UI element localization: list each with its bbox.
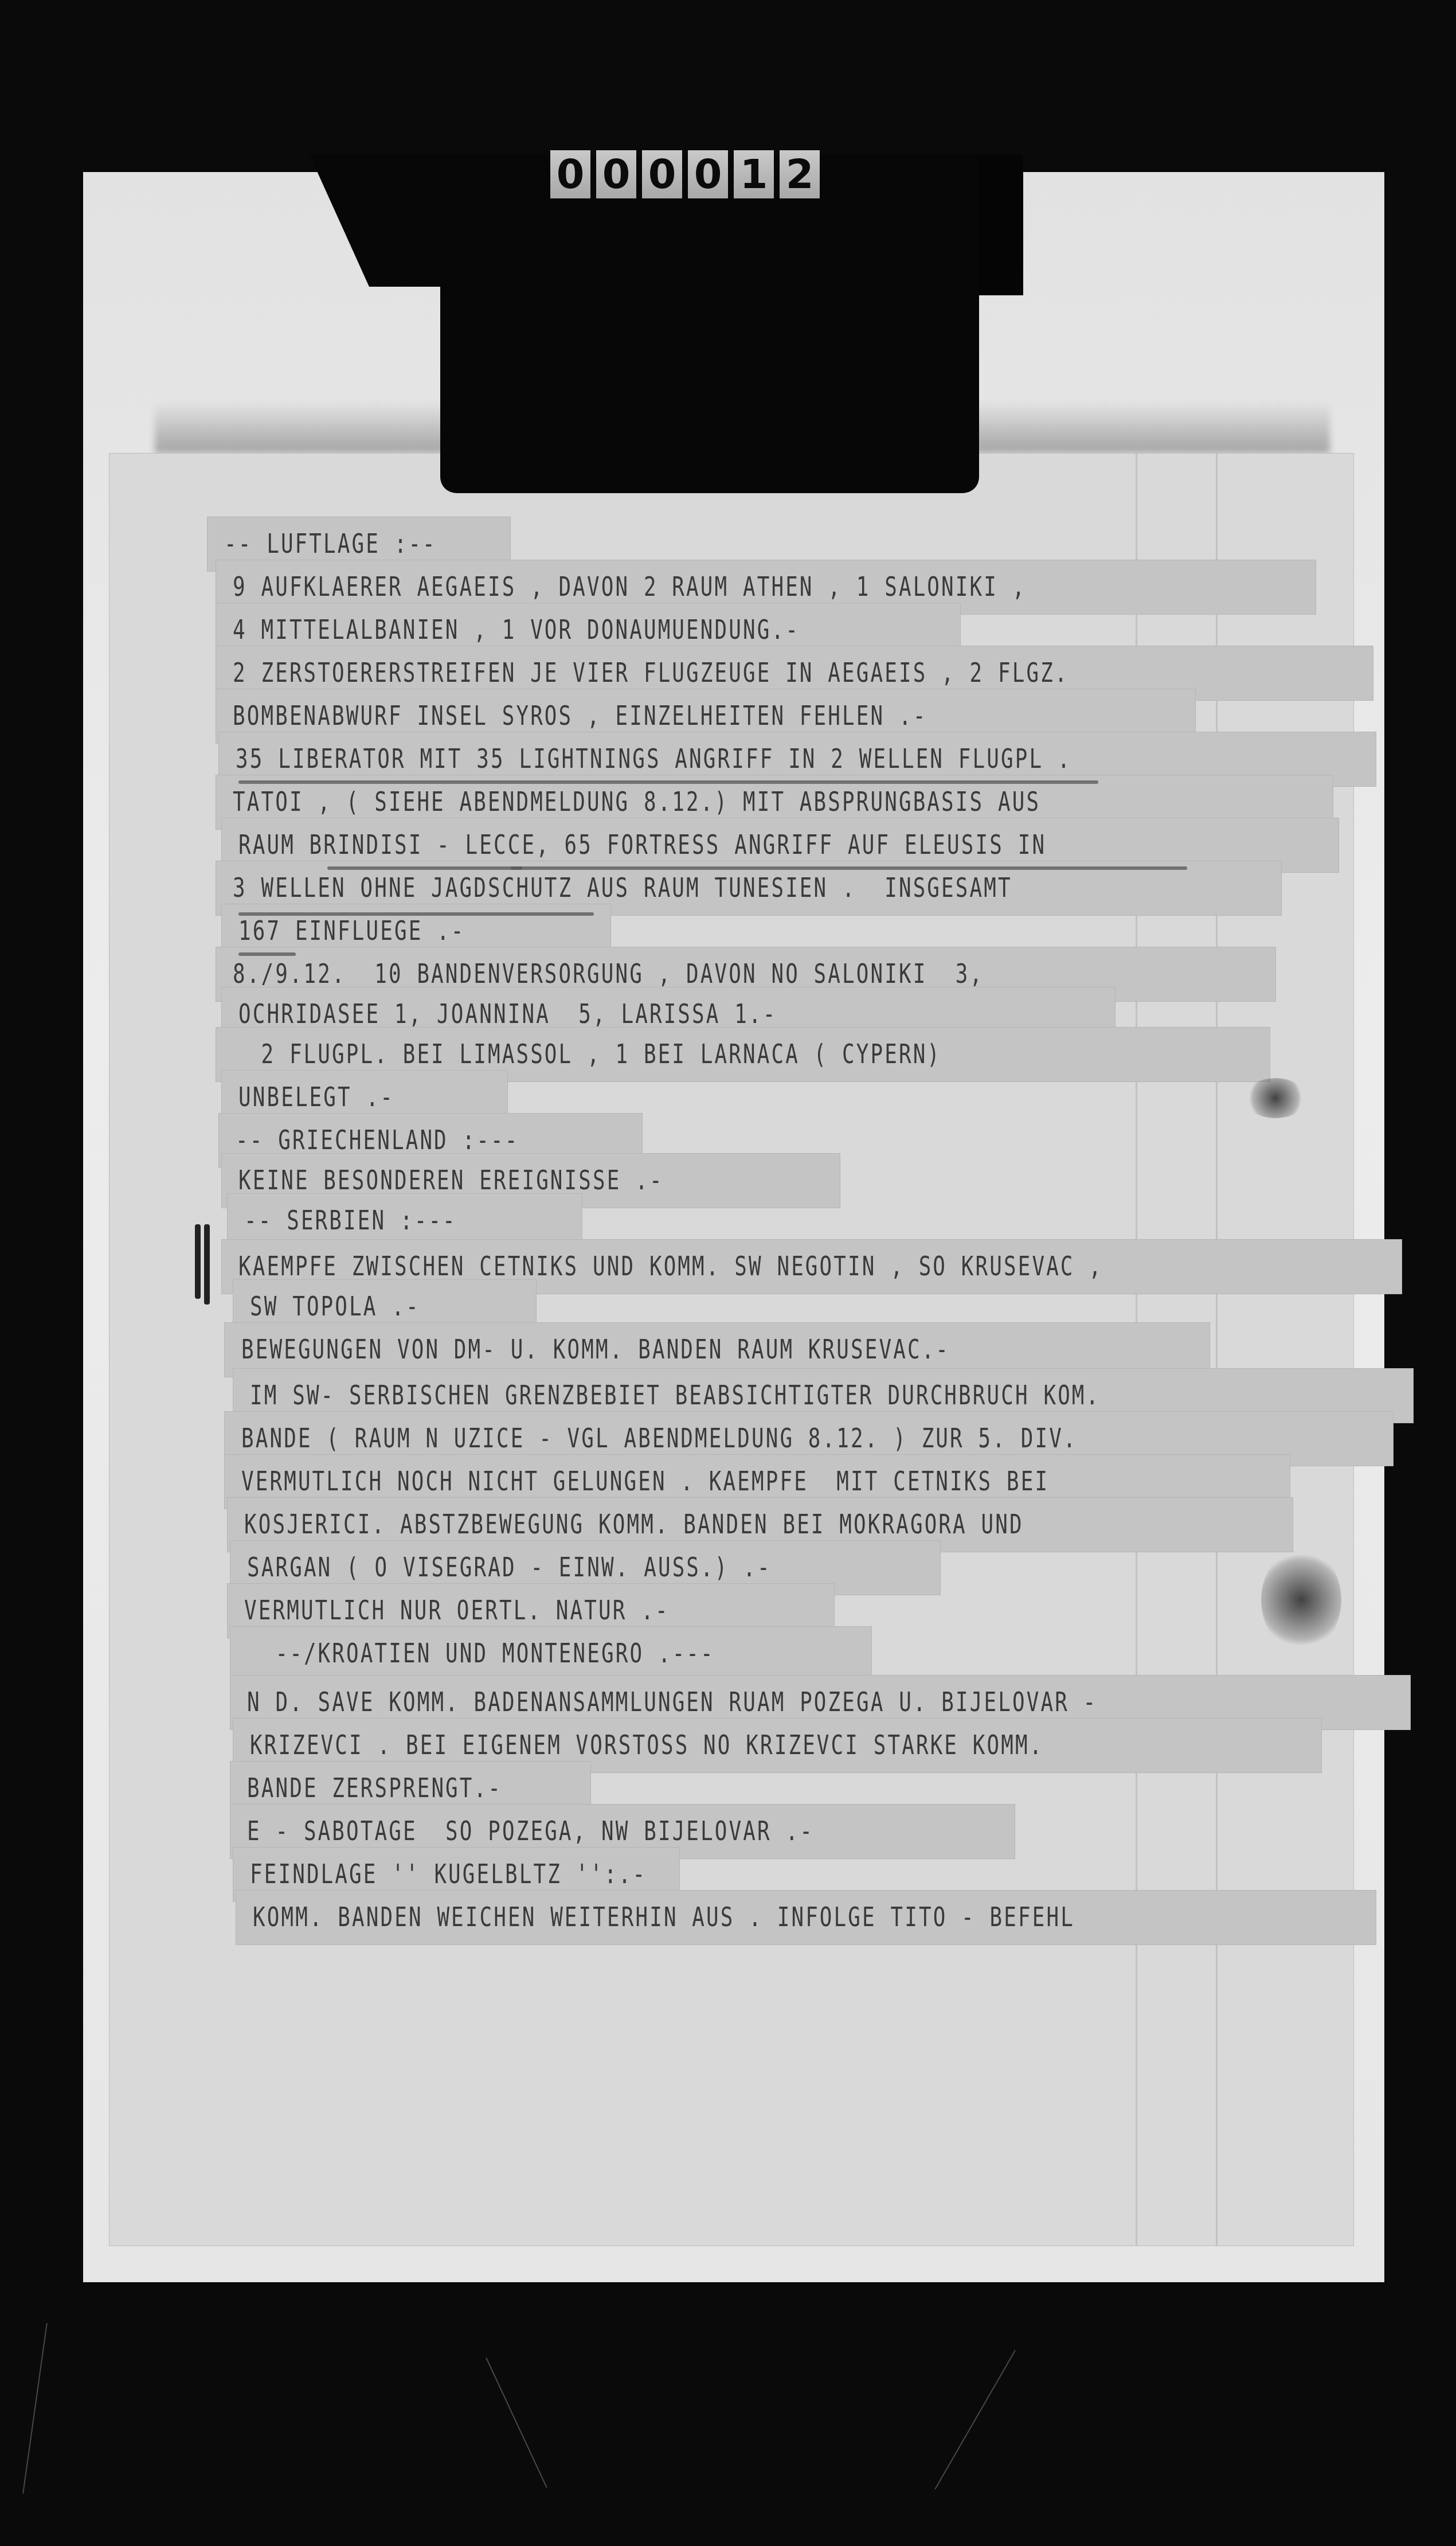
typed-line: SARGAN ( O VISEGRAD - EINW. AUSS.) .-	[247, 1552, 772, 1583]
margin-mark	[204, 1224, 210, 1305]
margin-mark	[195, 1224, 201, 1299]
typed-line: IM SW- SERBISCHEN GRENZBEBIET BEABSICHTI…	[250, 1380, 1100, 1411]
film-scratch	[486, 2357, 547, 2488]
typed-line: VERMUTLICH NUR OERTL. NATUR .-	[244, 1595, 670, 1626]
frame-counter: 000012	[550, 150, 820, 198]
typed-line: KEINE BESONDEREN EREIGNISSE .-	[238, 1165, 664, 1196]
counter-digit: 1	[734, 150, 774, 198]
counter-digit: 0	[642, 150, 682, 198]
counter-digit: 0	[688, 150, 728, 198]
typed-line: RAUM BRINDISI - LECCE, 65 FORTRESS ANGRI…	[238, 829, 1046, 860]
typed-line: KAEMPFE ZWISCHEN CETNIKS UND KOMM. SW NE…	[238, 1251, 1103, 1282]
film-scratch	[934, 2350, 1016, 2489]
clipboard-clip	[440, 155, 979, 493]
typed-line: --/KROATIEN UND MONTENEGRO .---	[247, 1638, 715, 1669]
clipboard-clip-tab	[977, 155, 1023, 295]
pencil-underline	[238, 780, 1098, 784]
typed-line: 2 ZERSTOERERSTREIFEN JE VIER FLUGZEUGE I…	[233, 657, 1069, 688]
typed-line: -- SERBIEN :---	[244, 1205, 457, 1236]
pencil-underline	[238, 912, 594, 916]
typed-line: FEINDLAGE '' KUGELBLTZ '':.-	[250, 1858, 647, 1889]
typed-line: 9 AUFKLAERER AEGAEIS , DAVON 2 RAUM ATHE…	[233, 571, 1026, 602]
typed-line: OCHRIDASEE 1, JOANNINA 5, LARISSA 1.-	[238, 998, 777, 1029]
typed-line: BANDE ( RAUM N UZICE - VGL ABENDMELDUNG …	[241, 1423, 1078, 1454]
typed-line: BOMBENABWURF INSEL SYROS , EINZELHEITEN …	[233, 700, 927, 731]
typed-line: BEWEGUNGEN VON DM- U. KOMM. BANDEN RAUM …	[241, 1334, 950, 1365]
counter-digit: 0	[550, 150, 590, 198]
film-scratch	[22, 2323, 48, 2493]
typed-line: 167 EINFLUEGE .-	[238, 915, 465, 946]
typed-line: 35 LIBERATOR MIT 35 LIGHTNINGS ANGRIFF I…	[236, 743, 1072, 774]
typed-line: KRIZEVCI . BEI EIGENEM VORSTOSS NO KRIZE…	[250, 1729, 1043, 1760]
telegram-page: -- LUFTLAGE :--9 AUFKLAERER AEGAEIS , DA…	[109, 453, 1354, 2246]
typed-line: TATOI , ( SIEHE ABENDMELDUNG 8.12.) MIT …	[233, 786, 1040, 817]
ink-stain	[1244, 1078, 1307, 1118]
typed-line: UNBELEGT .-	[238, 1081, 394, 1112]
pencil-underline	[327, 866, 522, 870]
typed-line: 8./9.12. 10 BANDENVERSORGUNG , DAVON NO …	[233, 958, 984, 989]
typed-line: SW TOPOLA .-	[250, 1291, 420, 1322]
typed-line: KOSJERICI. ABSTZBEWEGUNG KOMM. BANDEN BE…	[244, 1509, 1024, 1540]
typed-line: BANDE ZERSPRENGT.-	[247, 1772, 502, 1803]
typed-line: 3 WELLEN OHNE JAGDSCHUTZ AUS RAUM TUNESI…	[233, 872, 1012, 903]
typed-line: VERMUTLICH NOCH NICHT GELUNGEN . KAEMPFE…	[241, 1466, 1049, 1497]
typed-line: KOMM. BANDEN WEICHEN WEITERHIN AUS . INF…	[253, 1901, 1075, 1932]
pencil-underline	[238, 952, 296, 956]
counter-digit: 2	[780, 150, 820, 198]
fold-line	[1216, 454, 1218, 2246]
typed-line: N D. SAVE KOMM. BADENANSAMMLUNGEN RUAM P…	[247, 1686, 1097, 1717]
counter-digit: 0	[596, 150, 636, 198]
typed-line: 2 FLUGPL. BEI LIMASSOL , 1 BEI LARNACA (…	[233, 1038, 941, 1069]
pencil-underline	[511, 866, 1187, 870]
typed-line: -- GRIECHENLAND :---	[236, 1124, 519, 1155]
typed-line: E - SABOTAGE SO POZEGA, NW BIJELOVAR .-	[247, 1815, 814, 1846]
typed-line: -- LUFTLAGE :--	[224, 528, 437, 559]
ink-stain	[1261, 1548, 1341, 1651]
typed-line: 4 MITTELALBANIEN , 1 VOR DONAUMUENDUNG.-	[233, 614, 800, 645]
